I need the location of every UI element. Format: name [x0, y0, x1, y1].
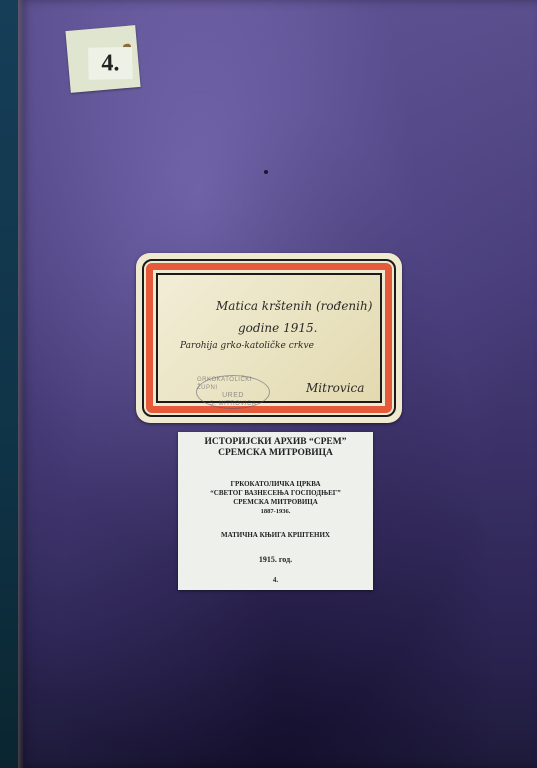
volume-label: 4.: [178, 576, 373, 584]
label-inner-panel: Matica krštenih (rođenih) godine 1915. P…: [156, 273, 382, 403]
original-handwritten-label: Matica krštenih (rođenih) godine 1915. P…: [136, 253, 402, 423]
parish-office-stamp: GRKOKATOLIČKI ŽUPNI URED S. MITROVICA: [196, 375, 270, 409]
cover-stain: [264, 170, 268, 174]
handwritten-title: Matica krštenih (rođenih): [216, 299, 372, 313]
stamp-middle-text: URED: [222, 392, 244, 400]
handwritten-parish: Parohija grko-katoličke crkve: [180, 341, 314, 351]
volume-number: 4.: [88, 47, 133, 80]
stamp-top-text: GRKOKATOLIČKI ŽUPNI: [197, 376, 269, 392]
cover-spine-edge: [18, 0, 24, 768]
stamp-bottom-text: S. MITROVICA: [210, 400, 257, 408]
handwritten-year: godine 1915.: [238, 321, 317, 335]
book-type: МАТИЧНА КЊИГА КРШТЕНИХ: [178, 531, 373, 539]
church-city: СРЕМСКА МИТРОВИЦА: [178, 498, 373, 506]
handwritten-place: Mitrovica: [306, 381, 364, 395]
archive-name: ИСТОРИЈСКИ АРХИВ “СРЕМ”: [178, 437, 373, 447]
church-name: “СВЕТОГ ВАЗНЕСЕЊА ГОСПОДЊЕГ”: [178, 489, 373, 497]
book-year: 1915. год.: [178, 555, 373, 564]
church-type: ГРКОКАТОЛИЧКА ЦРКВА: [178, 480, 373, 488]
volume-number-sticker: 4.: [65, 25, 140, 93]
archive-city: СРЕМСКА МИТРОВИЦА: [178, 448, 373, 458]
record-years: 1887-1936.: [178, 508, 373, 515]
archive-catalog-label: ИСТОРИЈСКИ АРХИВ “СРЕМ” СРЕМСКА МИТРОВИЦ…: [178, 432, 373, 590]
